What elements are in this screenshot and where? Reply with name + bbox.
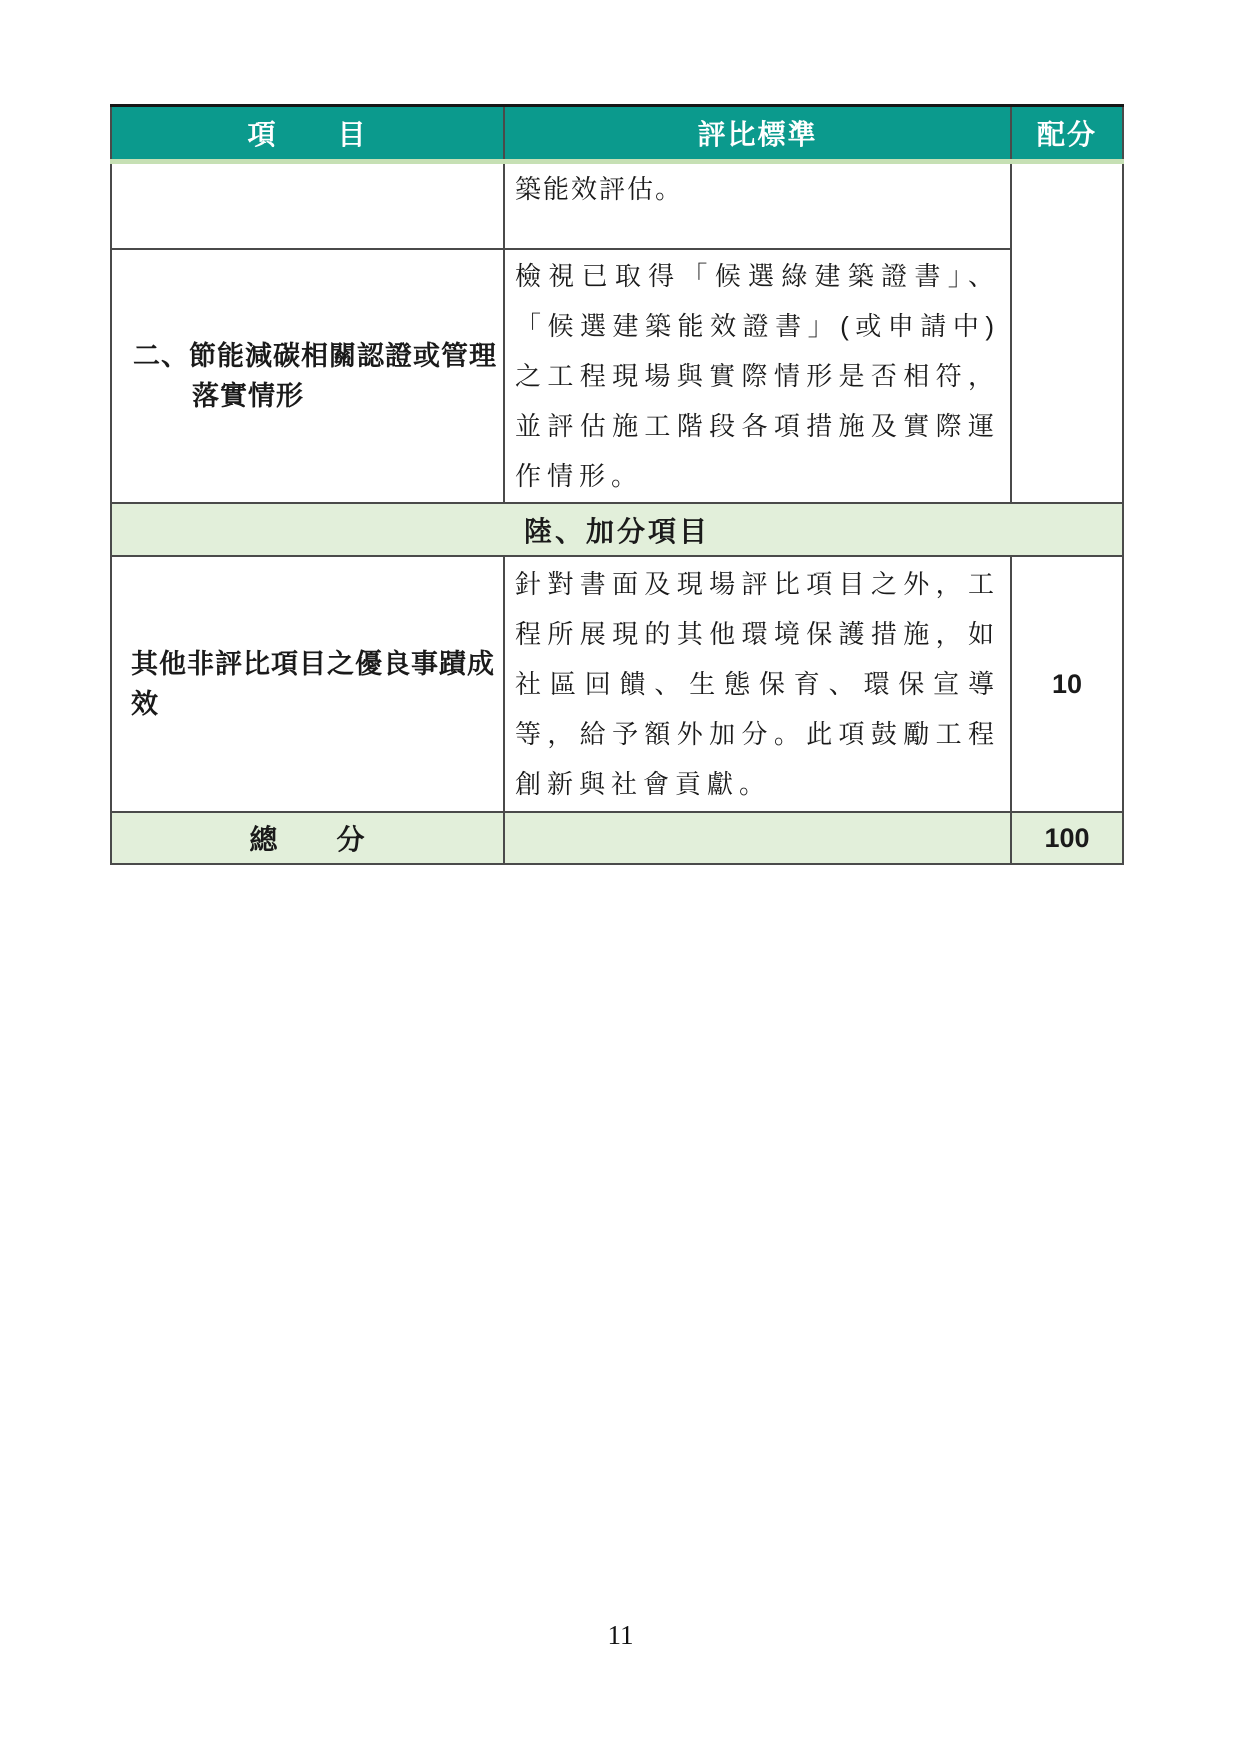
row-section-header: 陸、加分項目 — [111, 503, 1123, 556]
table-header-row: 項 目 評比標準 配分 — [111, 106, 1123, 162]
section-bonus-items-label: 陸、加分項目 — [111, 503, 1123, 556]
cell-score-merged-empty — [1011, 162, 1123, 504]
row-total: 總 分 100 — [111, 812, 1123, 864]
cell-score-bonus: 10 — [1011, 556, 1123, 812]
cell-item-bonus: 其他非評比項目之優良事蹟成效 — [111, 556, 504, 812]
row-continuation: 築能效評估。 — [111, 162, 1123, 250]
page-number: 11 — [0, 1620, 1241, 1651]
row-certification: 二、節能減碳相關認證或管理落實情形 檢視已取得「候選綠建築證書」、「候選建築能效… — [111, 249, 1123, 503]
document-page: { "page": { "number": "11" }, "colors": … — [0, 0, 1241, 1755]
cell-item-certification: 二、節能減碳相關認證或管理落實情形 — [111, 249, 504, 503]
item-certification-text: 二、節能減碳相關認證或管理落實情形 — [133, 336, 502, 416]
criteria-continuation-text: 築能效評估。 — [515, 166, 1000, 212]
column-header-item: 項 目 — [111, 106, 504, 162]
cell-criteria-bonus: 針對書面及現場評比項目之外，工程所展現的其他環境保護措施，如社區回饋、生態保育、… — [504, 556, 1011, 812]
column-header-score: 配分 — [1011, 106, 1123, 162]
criteria-certification-text: 檢視已取得「候選綠建築證書」、「候選建築能效證書」(或申請中)之工程現場與實際情… — [515, 251, 1000, 501]
cell-criteria-certification: 檢視已取得「候選綠建築證書」、「候選建築能效證書」(或申請中)之工程現場與實際情… — [504, 249, 1011, 503]
evaluation-criteria-table: 項 目 評比標準 配分 築能效評估。 二、節能減碳相關認證或管理落實情形 檢視已… — [110, 104, 1124, 865]
cell-item-empty — [111, 162, 504, 250]
cell-total-criteria-empty — [504, 812, 1011, 864]
row-bonus: 其他非評比項目之優良事蹟成效 針對書面及現場評比項目之外，工程所展現的其他環境保… — [111, 556, 1123, 812]
cell-total-score: 100 — [1011, 812, 1123, 864]
cell-criteria-continuation: 築能效評估。 — [504, 162, 1011, 250]
item-bonus-text: 其他非評比項目之優良事蹟成效 — [131, 644, 496, 724]
column-header-criteria: 評比標準 — [504, 106, 1011, 162]
criteria-bonus-text: 針對書面及現場評比項目之外，工程所展現的其他環境保護措施，如社區回饋、生態保育、… — [515, 559, 1000, 809]
cell-total-label: 總 分 — [111, 812, 504, 864]
